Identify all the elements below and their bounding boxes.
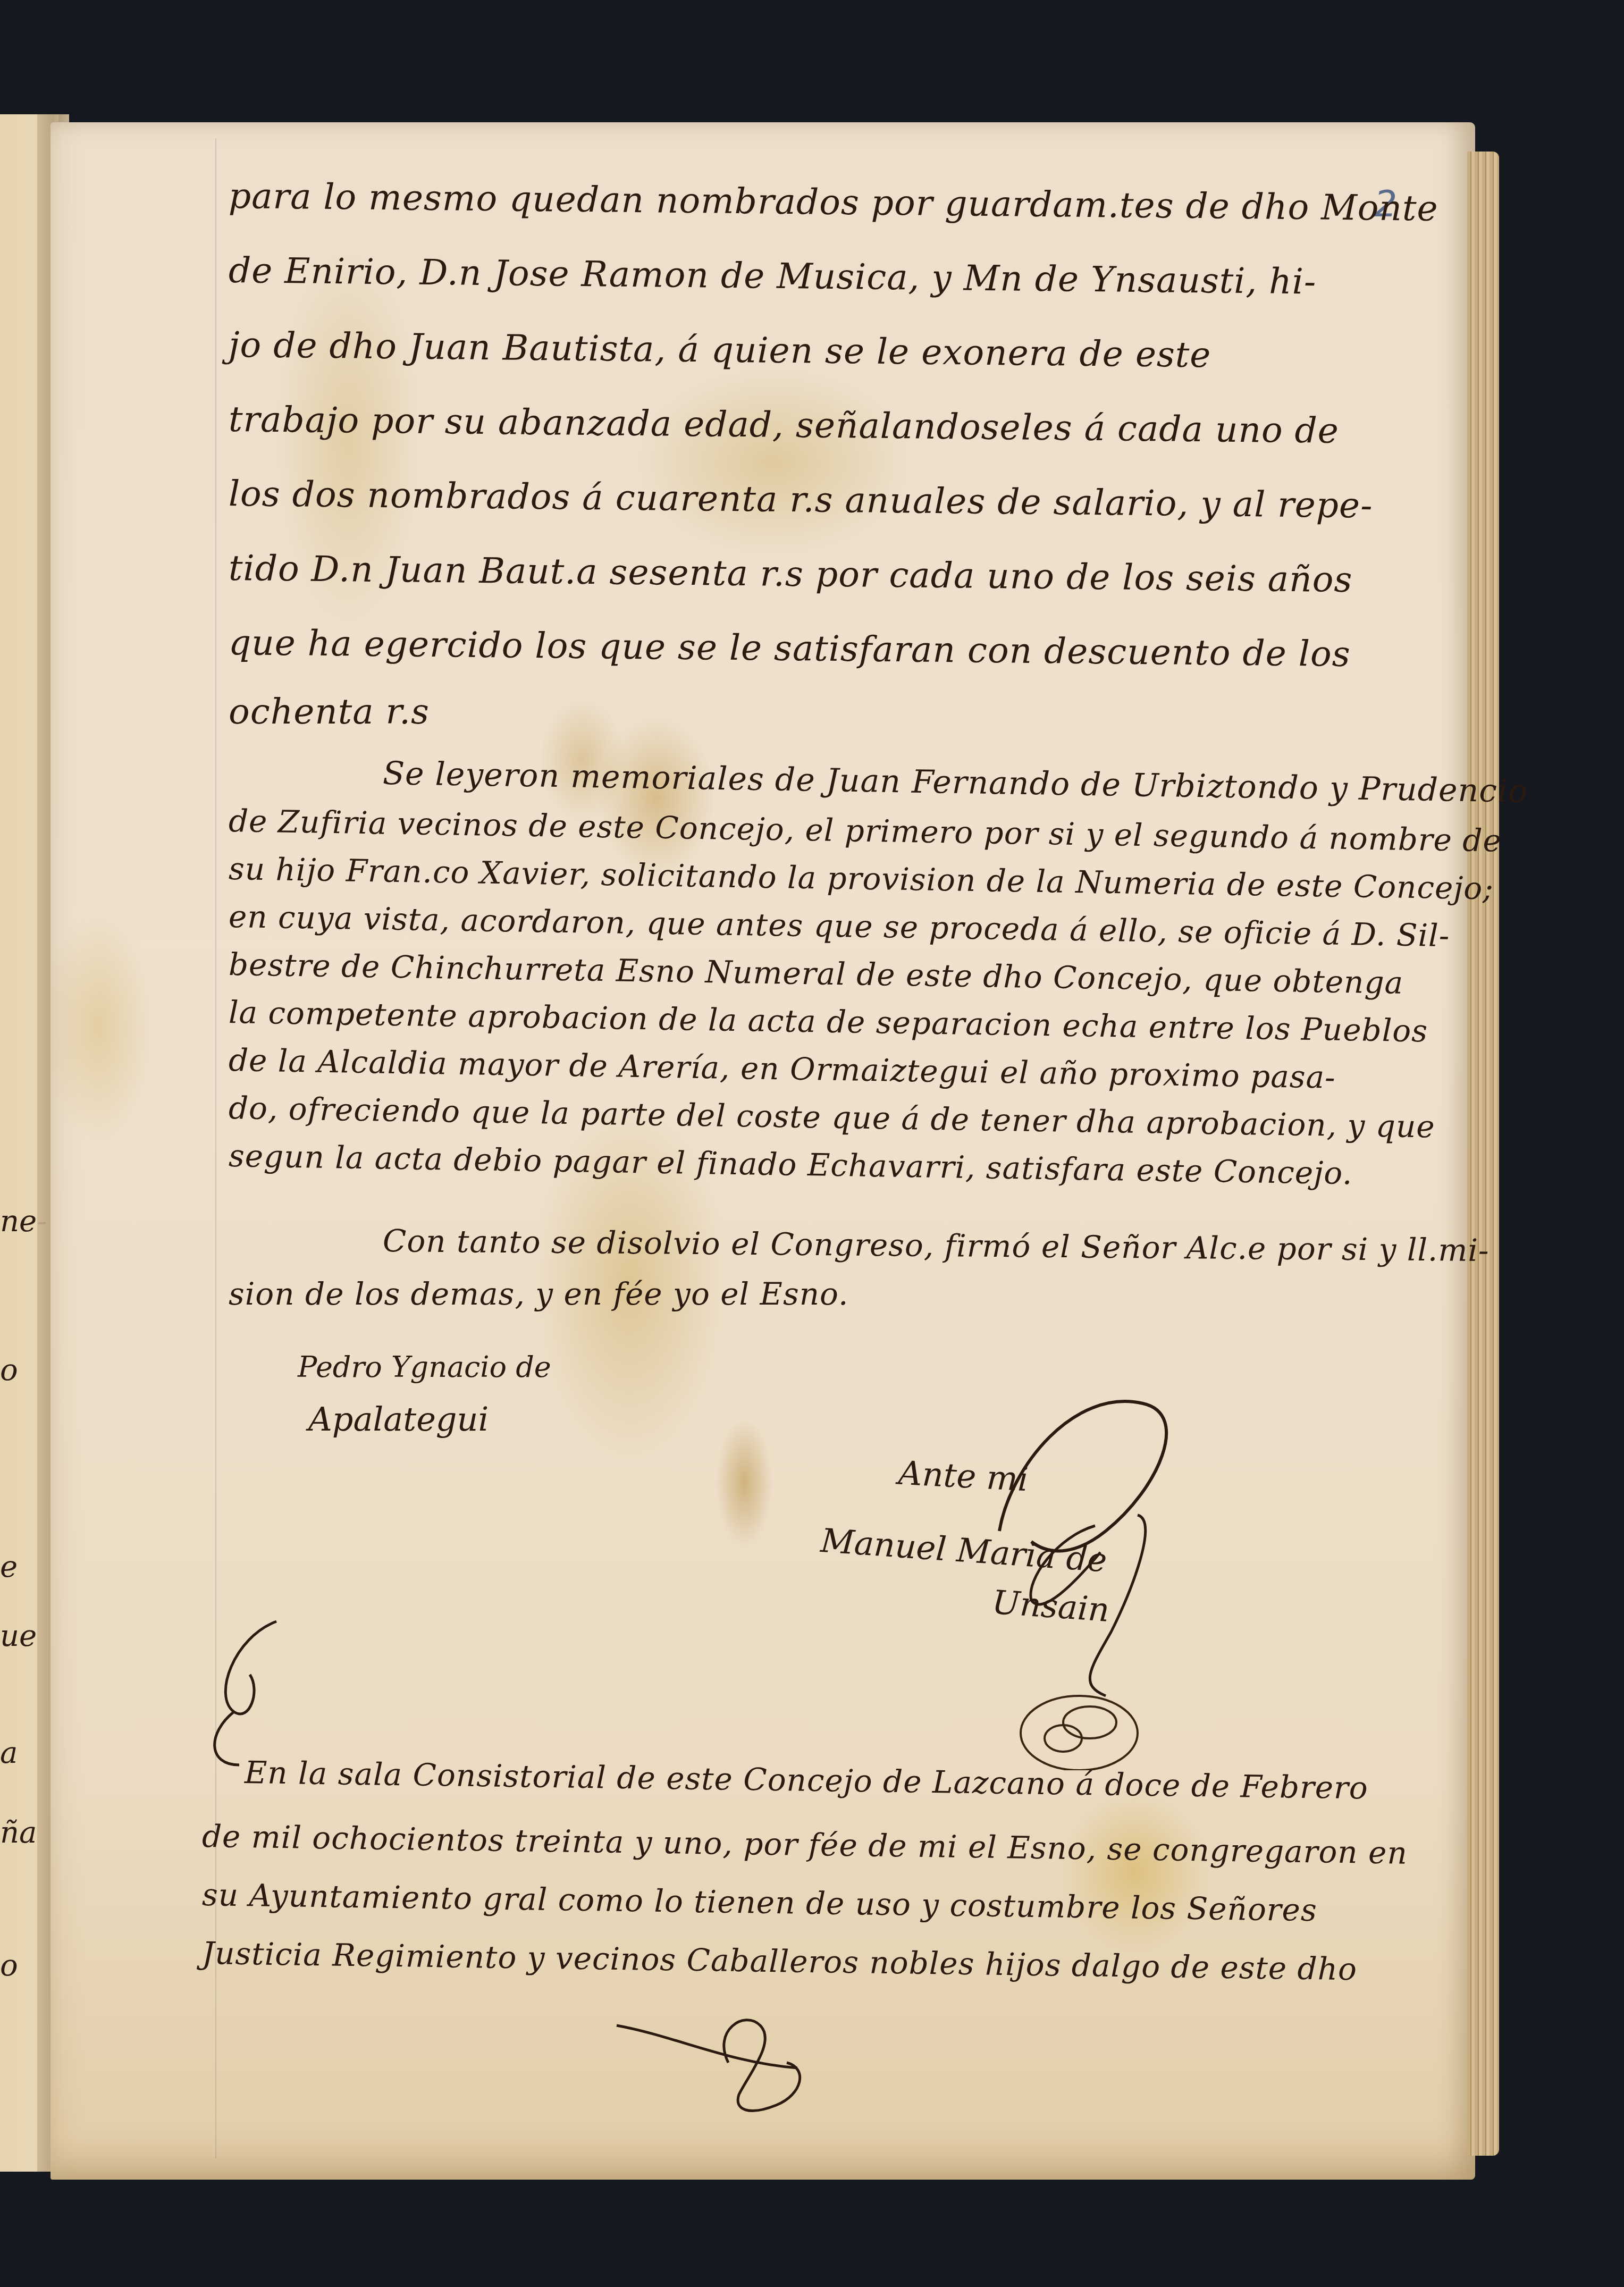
signature-line: Apalategui [308, 1400, 551, 1439]
facing-page-fragment: a [0, 1736, 18, 1770]
facing-page-fragment: o [0, 1353, 18, 1388]
facing-page-fragment: o [0, 1948, 18, 1983]
facing-page-fragment: ue [0, 1619, 37, 1653]
paraph-mark-icon [611, 2009, 856, 2126]
facing-page-fragment: e [0, 1550, 18, 1584]
signature-ante-mi: Ante mi [897, 1453, 1029, 1499]
rubric-flourish-icon [983, 1504, 1223, 1770]
margin-rule [215, 138, 216, 2158]
signature-pedro-ygnacio: Pedro Ygnacio de Apalategui [298, 1350, 551, 1439]
initial-capital-e-icon [202, 1616, 319, 1776]
text-line: ochenta r.s [229, 691, 430, 732]
text-line: sion de los demas, y en fée yo el Esno. [229, 1276, 848, 1312]
signature-line: Pedro Ygnacio de [298, 1350, 551, 1384]
page-edge-stack [1467, 152, 1499, 2156]
facing-page-fragment: ña [0, 1815, 37, 1850]
